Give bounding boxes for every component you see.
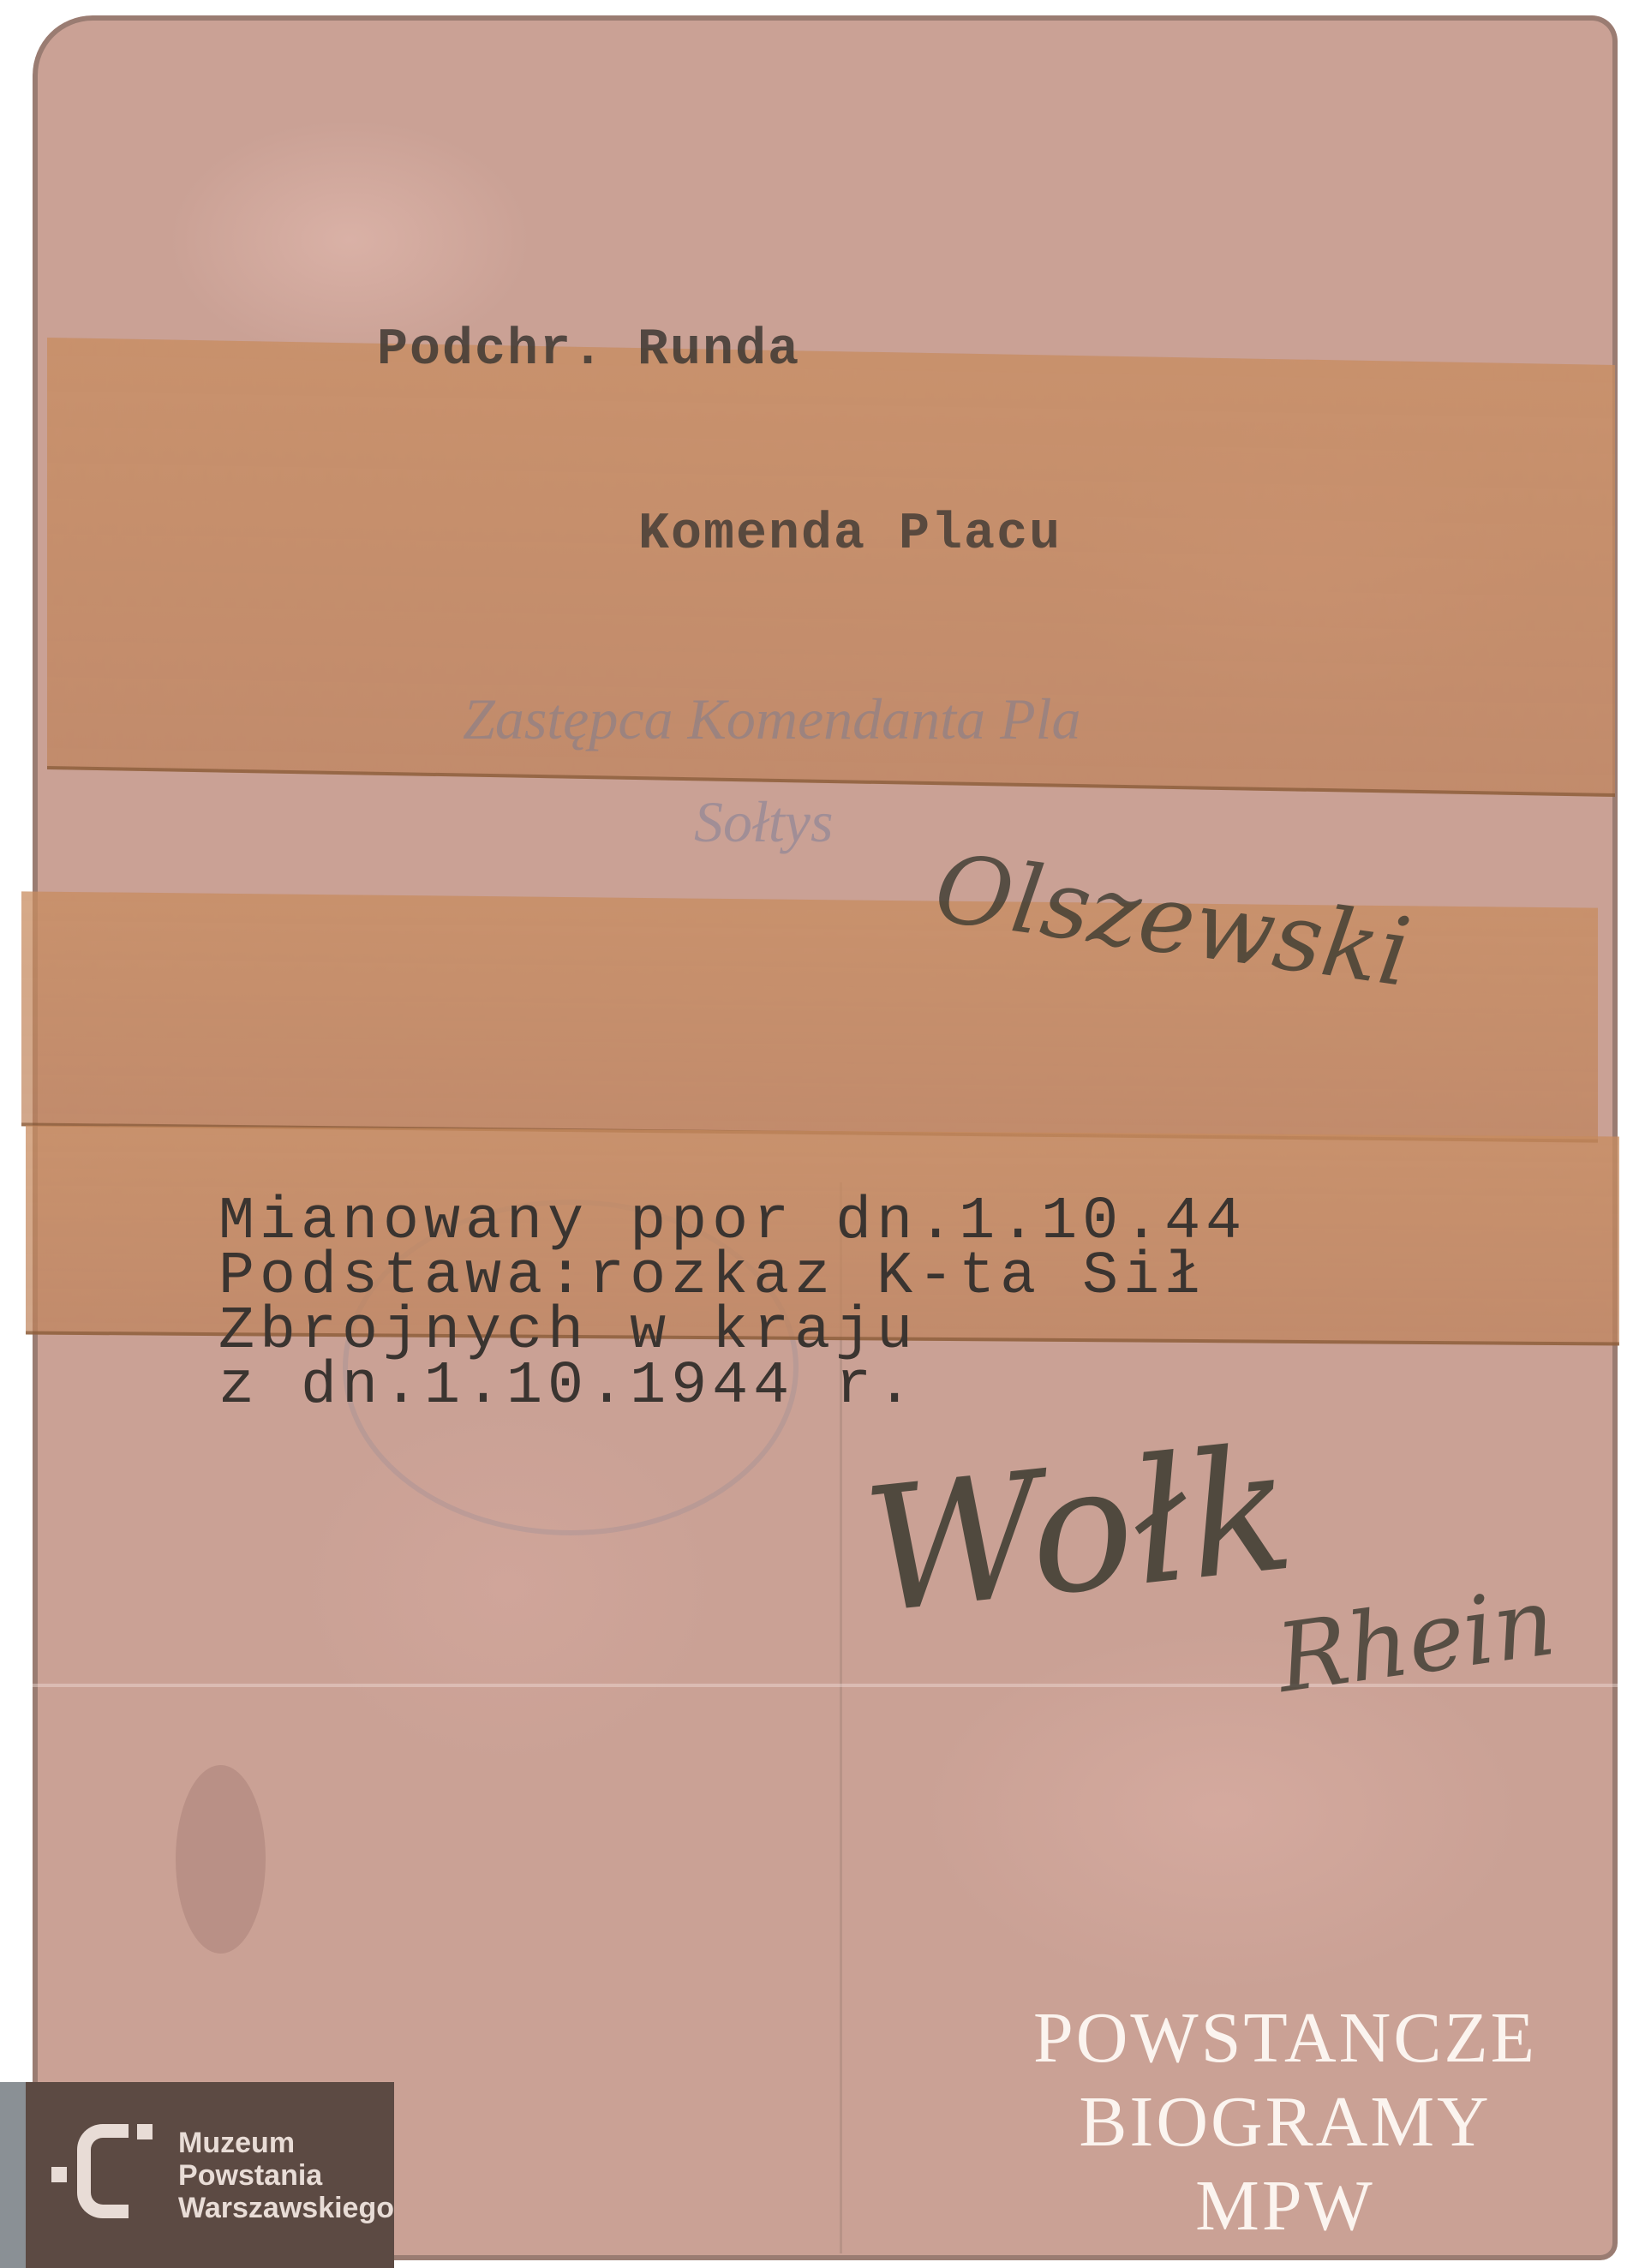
- logo-text: Muzeum Powstania Warszawskiego: [178, 2127, 394, 2224]
- stamp-text-line2: Sołtys: [694, 788, 833, 856]
- logo-line2: Powstania: [178, 2159, 394, 2192]
- watermark-line2: BIOGRAMY MPW: [985, 2080, 1585, 2248]
- typed-line: Podstawa:rozkaz K-ta Sił: [218, 1250, 1247, 1305]
- promotion-text: Mianowany ppor dn.1.10.44Podstawa:rozkaz…: [218, 1195, 1247, 1415]
- paper-stain: [176, 1765, 266, 1954]
- header-unit: Komenda Placu: [638, 506, 1062, 564]
- logo-line3: Warszawskiego: [178, 2192, 394, 2224]
- typed-line: Mianowany ppor dn.1.10.44: [218, 1195, 1247, 1250]
- typed-line: Zbrojnych w kraju: [218, 1305, 1247, 1360]
- museum-logo: Muzeum Powstania Warszawskiego: [0, 2082, 394, 2268]
- header-rank-name: Podchr. Runda: [377, 321, 800, 380]
- watermark-line1: POWSTANCZE: [985, 1996, 1585, 2080]
- typed-line: z dn.1.10.1944 r.: [218, 1360, 1247, 1415]
- stamp-text-line1: Zastępca Komendanta Pla: [463, 685, 1081, 753]
- logo-line1: Muzeum: [178, 2127, 394, 2159]
- watermark: POWSTANCZE BIOGRAMY MPW: [985, 1996, 1585, 2248]
- kotwica-icon: [51, 2124, 148, 2227]
